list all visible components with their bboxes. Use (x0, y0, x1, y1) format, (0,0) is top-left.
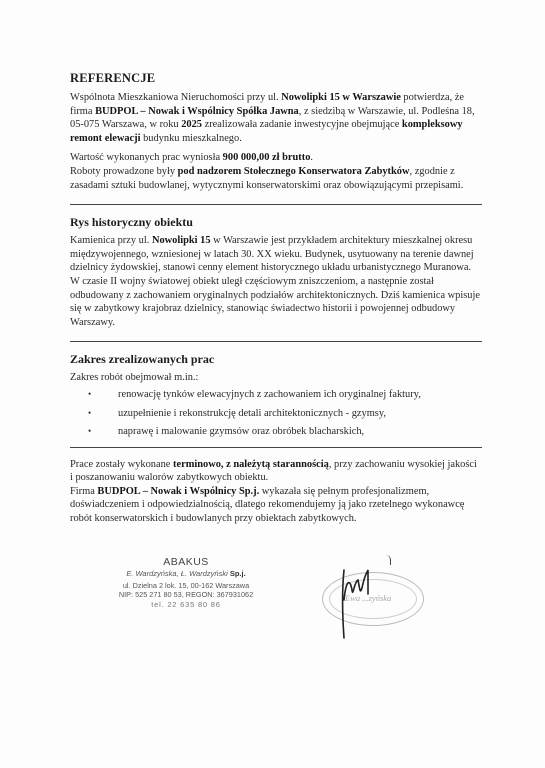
stamp-owners: E. Wardzyńska, Ł. Wardzyński Sp.j. (96, 569, 276, 578)
document-title: REFERENCJE (70, 71, 482, 86)
stamp-company-name: ABAKUS (96, 556, 276, 568)
document-page: REFERENCJE Wspólnota Mieszkaniowa Nieruc… (0, 0, 545, 768)
stamp-phone: tel. 22 635 80 86 (96, 600, 276, 609)
section-divider (70, 341, 482, 342)
supervision-paragraph: Roboty prowadzone były pod nadzorem Stoł… (70, 165, 482, 192)
list-item: •naprawę i malowanie gzymsów oraz obróbe… (70, 425, 482, 439)
bullet-icon: • (88, 425, 91, 439)
company-stamp: ABAKUS E. Wardzyńska, Ł. Wardzyński Sp.j… (96, 556, 276, 609)
scope-intro: Zakres robót obejmował m.in.: (70, 371, 482, 385)
section-divider (70, 447, 482, 448)
scope-heading: Zakres zrealizowanych prac (70, 352, 482, 367)
list-item: •uzupełnienie i rekonstrukcję detali arc… (70, 407, 482, 421)
bullet-icon: • (88, 407, 91, 421)
section-divider (70, 204, 482, 205)
scope-list: •renowację tynków elewacyjnych z zachowa… (70, 388, 482, 439)
contract-value-paragraph: Wartość wykonanych prac wyniosła 900 000… (70, 151, 482, 165)
document-body: REFERENCJE Wspólnota Mieszkaniowa Nieruc… (70, 71, 482, 526)
list-item: •renowację tynków elewacyjnych z zachowa… (70, 388, 482, 402)
bullet-icon: • (88, 388, 91, 402)
closing-paragraph: Prace zostały wykonane terminowo, z nale… (70, 458, 482, 526)
history-paragraph: Kamienica przy ul. Nowolipki 15 w Warsza… (70, 234, 482, 329)
history-heading: Rys historyczny obiektu (70, 215, 482, 230)
stamp-address: ul. Dzielna 2 lok. 15, 00-162 Warszawa N… (96, 582, 276, 599)
signature-icon (338, 560, 378, 640)
pen-mark (386, 555, 391, 565)
intro-paragraph: Wspólnota Mieszkaniowa Nieruchomości prz… (70, 91, 482, 145)
